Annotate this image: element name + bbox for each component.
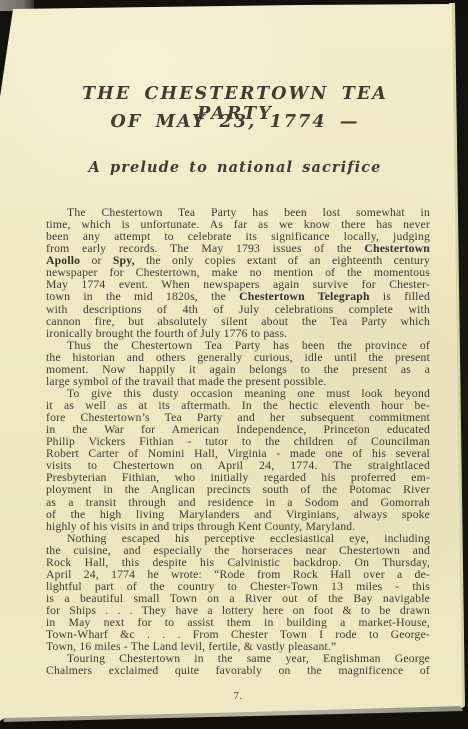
- chapter-subtitle: A prelude to national sacrifice: [40, 159, 430, 176]
- page-number: 7.: [46, 691, 430, 702]
- text-line: Chalmers exclaimed quite favorably on th…: [46, 665, 430, 677]
- scanned-book-page: THE CHESTERTOWN TEA PARTY OF MAY 23, 177…: [0, 0, 468, 729]
- body-text: The Chestertown Tea Party has been lost …: [46, 207, 430, 677]
- chapter-title-line2: OF MAY 23, 1774 —: [40, 112, 430, 132]
- book-page: THE CHESTERTOWN TEA PARTY OF MAY 23, 177…: [0, 0, 468, 729]
